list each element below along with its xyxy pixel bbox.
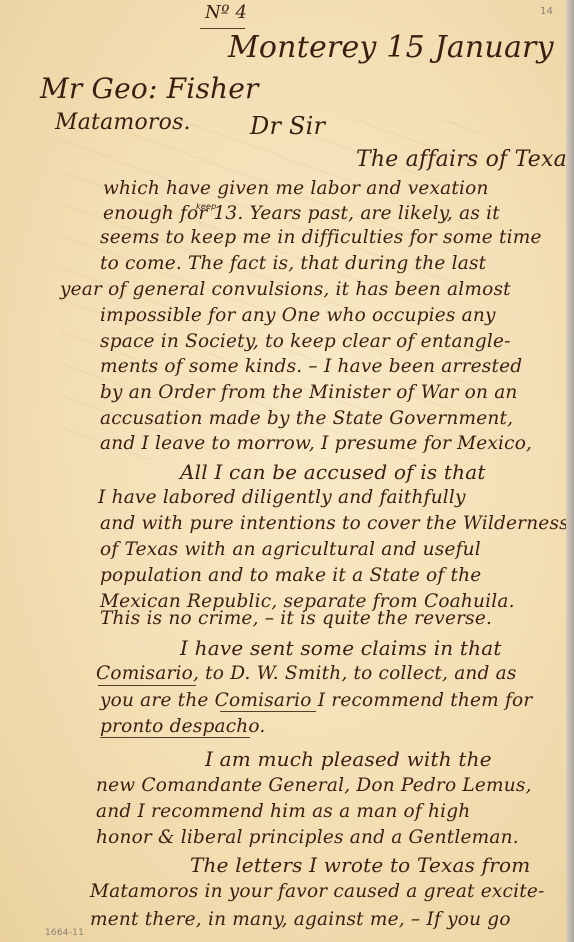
body-line: This is no crime, – it is quite the reve… (100, 608, 492, 629)
page-edge-shadow (566, 0, 574, 942)
body-line: All I can be accused of is that (180, 460, 486, 484)
body-line: I am much pleased with the (205, 747, 492, 771)
body-line: and with pure intentions to cover the Wi… (100, 513, 566, 534)
body-line: The letters I wrote to Texas from (190, 853, 530, 877)
body-line: I have sent some claims in that (180, 636, 502, 660)
body-line: seems to keep me in difficulties for som… (100, 227, 542, 248)
number-underline (200, 28, 245, 29)
body-line: ments of some kinds. – I have been arres… (100, 356, 522, 377)
addressee-name: Mr Geo: Fisher (40, 72, 259, 105)
body-line: Comisario, to D. W. Smith, to collect, a… (96, 663, 517, 684)
body-line: I have labored diligently and faithfully (98, 487, 466, 508)
body-line: new Comandante General, Don Pedro Lemus, (96, 775, 532, 796)
body-line: accusation made by the State Government, (100, 408, 513, 429)
comisario-underline (98, 685, 196, 686)
letter-number: Nº 4 (205, 2, 247, 23)
body-line: by an Order from the Minister of War on … (100, 382, 518, 403)
letter-page: Nº 4 14 Monterey 15 January 1834 Mr Geo:… (0, 0, 566, 942)
body-line: of Texas with an agricultural and useful (100, 539, 481, 560)
body-line: to come. The fact is, that during the la… (100, 253, 486, 274)
catalog-number: 1664-11 (45, 928, 84, 938)
body-line: and I leave to morrow, I presume for Mex… (100, 433, 532, 454)
body-line: which have given me labor and vexation (103, 178, 489, 199)
addressee-place: Matamoros. (55, 110, 191, 135)
body-line: and I recommend him as a man of high (96, 801, 470, 822)
body-line: you are the Comisario I recommend them f… (100, 690, 532, 711)
body-line: ment there, in many, against me, – If yo… (90, 909, 511, 930)
body-line: pronto despacho. (100, 716, 266, 737)
interlinear-correction: keep (196, 202, 216, 211)
body-line: year of general convulsions, it has been… (60, 279, 511, 300)
body-line: honor & liberal principles and a Gentlem… (96, 827, 519, 848)
comisario-underline (220, 711, 316, 712)
pronto-despacho-underline (100, 737, 250, 738)
page-number: 14 (540, 6, 553, 17)
body-line: Matamoros in your favor caused a great e… (90, 881, 544, 902)
body-line: impossible for any One who occupies any (100, 305, 496, 326)
body-line: population and to make it a State of the (100, 565, 481, 586)
body-line: The affairs of Texas, (356, 147, 566, 172)
place-date: Monterey 15 January 1834 (228, 30, 566, 65)
salutation: Dr Sir (250, 112, 325, 140)
body-line: space in Society, to keep clear of entan… (100, 331, 511, 352)
body-line: enough for 13. Years past, are likely, a… (103, 203, 500, 224)
